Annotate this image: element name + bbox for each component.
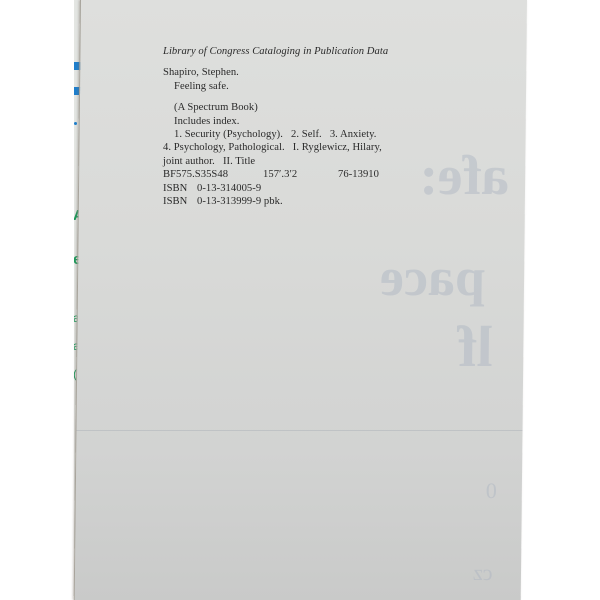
book-title: Feeling safe.: [163, 80, 388, 93]
subject-headings-line: 4. Psychology, Pathological. I. Ryglewic…: [163, 141, 388, 154]
index-note: Includes index.: [163, 115, 388, 128]
page-fold-line: [76, 430, 522, 431]
series-note: (A Spectrum Book): [163, 101, 388, 114]
classification-row: BF575.S35S48157′.3′276-13910: [163, 168, 388, 181]
bleed-through-text: lf: [457, 318, 493, 376]
bleed-through-text: 0: [486, 480, 497, 502]
subject-headings-line: 1. Security (Psychology). 2. Self. 3. An…: [163, 128, 388, 141]
isbn-label: ISBN: [163, 195, 197, 208]
isbn-row: ISBN0-13-313999-9 pbk.: [163, 195, 388, 208]
bleed-through-text: afe:: [419, 148, 510, 204]
isbn-value: 0-13-313999-9 pbk.: [197, 196, 283, 207]
dewey-number: 157′.3′2: [263, 168, 338, 181]
bleed-through-text: cz: [473, 562, 493, 584]
isbn-value: 0-13-314005-9: [197, 183, 261, 194]
bleed-through-text: pace: [380, 250, 486, 304]
isbn-row: ISBN0-13-314005-9: [163, 182, 388, 195]
isbn-label: ISBN: [163, 182, 197, 195]
author-name: Shapiro, Stephen.: [163, 66, 388, 79]
cip-data-block: Library of Congress Cataloging in Public…: [163, 45, 388, 208]
lc-call-number: BF575.S35S48: [163, 168, 263, 181]
subject-headings-line: joint author. II. Title: [163, 155, 388, 168]
cip-header: Library of Congress Cataloging in Public…: [163, 45, 388, 58]
blue-dot-decoration: [74, 122, 77, 125]
lccn: 76-13910: [338, 168, 379, 181]
